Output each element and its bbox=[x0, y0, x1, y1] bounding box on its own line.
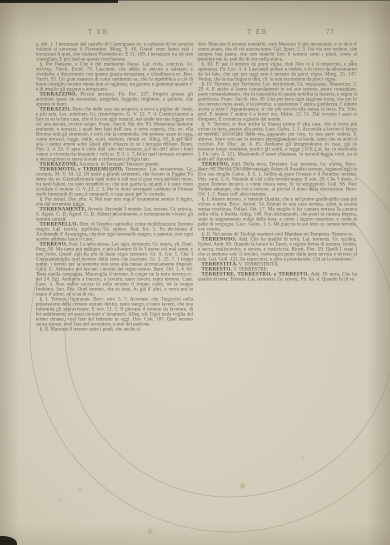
dictionary-paragraph: §. I. Terreno, figuratam. Bocc. nov. 5. … bbox=[36, 297, 193, 327]
foxing-stain bbox=[300, 455, 306, 460]
entry-headword: TERRAZZO, bbox=[40, 107, 71, 113]
entry-headword: TERRENO, bbox=[202, 162, 230, 168]
entry-headword: TERREMOTO, e TERREMUOTO, bbox=[40, 167, 124, 173]
entry-headword: TERRAZZINO, bbox=[40, 92, 77, 98]
dictionary-paragraph: TERRENO, Sust. La terra stessa. Lat. age… bbox=[36, 242, 193, 297]
dictionary-paragraph: §. III. E' par il terreno da porci vigna… bbox=[198, 62, 357, 82]
dictionary-paragraph: §. IV. Terreno, per Territorio. Lat. ter… bbox=[198, 82, 357, 122]
foxing-stain bbox=[58, 498, 63, 503]
scanned-dictionary-page: T ER T ER 77 g. abi. 1. I terrazzani del… bbox=[0, 0, 390, 545]
dictionary-paragraph: §. II. Mancare il terreno sotto i piedi,… bbox=[36, 327, 193, 332]
dictionary-paragraph: TERRENO, Add. Della terra, Terrestre. La… bbox=[198, 162, 357, 197]
entry-headword: TERRENO, bbox=[40, 242, 68, 248]
dictionary-paragraph: §. V. Terreno, si dice anche la Stanza p… bbox=[198, 122, 357, 162]
entry-headword: TERRENAMENTE, bbox=[40, 207, 87, 213]
dictionary-paragraph: TERRESTRE, TERRESTRO, e TERRESTO, Add. D… bbox=[198, 272, 357, 282]
dictionary-paragraph: TERRENAMENTE, Avverb. Secondo 'l mondo. … bbox=[36, 207, 193, 222]
scan-artifact-bottom-left bbox=[0, 536, 17, 545]
dictionary-paragraph: TERRAZZINO, Picciol terrazzo. Fir. Pec. … bbox=[36, 92, 193, 107]
text-column-right: dice Mancare il terreno mantello, vale M… bbox=[198, 42, 357, 438]
page-number: 77 bbox=[326, 28, 334, 36]
dictionary-paragraph: TERREMOTO, e TERREMUOTO, Terremoto. Lat.… bbox=[36, 167, 193, 197]
running-head-left: T ER bbox=[88, 28, 109, 36]
entry-headword: TERRENELLO, bbox=[40, 222, 79, 228]
foxing-stain bbox=[77, 486, 83, 492]
dictionary-paragraph: TERRAZZO, Parte che delle case sta scope… bbox=[36, 107, 193, 162]
text-column-right-content: dice Mancare il terreno mantello, vale M… bbox=[198, 42, 357, 282]
dictionary-paragraph: §. I. Amore terreno, s' intende Qualità,… bbox=[198, 197, 357, 232]
foxing-stain bbox=[238, 482, 247, 490]
text-column-left: g. abi. 1. I terrazzani del castello di … bbox=[36, 42, 193, 438]
dictionary-paragraph: TERRENELLO, Dim. di Terreno cattivello; … bbox=[36, 222, 193, 242]
foxing-stain bbox=[146, 528, 154, 535]
dictionary-paragraph: g. abi. 1. I terrazzani del castello di … bbox=[36, 42, 193, 62]
dictionary-paragraph: §. Per Paesano, e Che è del medesimo Pae… bbox=[36, 62, 193, 92]
entry-headword: TERRESTRE, TERRESTRO, e TERRESTO, bbox=[202, 272, 309, 278]
scan-artifact-top-left bbox=[0, 0, 118, 3]
dictionary-paragraph: TERRENOSO, Add. Che ha qualità di terra.… bbox=[198, 237, 357, 262]
entry-headword: TERRENOSO, bbox=[202, 237, 237, 243]
dictionary-paragraph: §. Per metaf. Dav. rim. 4. Nel mar non m… bbox=[36, 197, 193, 207]
running-head-right: T ER bbox=[247, 28, 268, 36]
text-column-left-content: g. abi. 1. I terrazzani del castello di … bbox=[36, 42, 193, 332]
dictionary-paragraph: dice Mancare il terreno mantello, vale M… bbox=[198, 42, 357, 62]
